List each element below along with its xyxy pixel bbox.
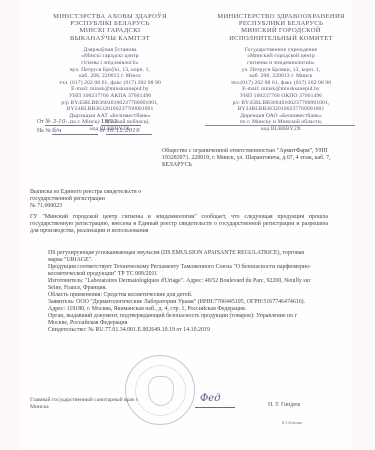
- intro-paragraph: ГУ "Минский городской центр гигиены и эп…: [30, 214, 328, 235]
- signer-name: Н. Т. Гиндюк: [268, 402, 300, 408]
- institution-details-ru: Государственное учреждение «Минский горо…: [205, 47, 357, 133]
- certificate-number: Свидетельство: № RU.77.01.34.001.E.00264…: [48, 327, 314, 334]
- product-details: DS регулирующая успокаивающая эмульсия (…: [48, 250, 314, 334]
- scope-of-use: Область применения: Средства косметическ…: [48, 292, 314, 299]
- registry-number: № 71.000023: [30, 203, 230, 210]
- compliance-statement: Продукция соответствует Техническому Рег…: [48, 264, 314, 278]
- outgoing-number: № 3-10-...: [45, 119, 93, 126]
- incoming-date: 16.12.2019: [106, 128, 152, 135]
- signature-line: [195, 407, 235, 408]
- outgoing-reference: От № 3-10-... 19/13: [37, 119, 141, 126]
- applicant: Заявитель: ООО "Дерматологические Лабора…: [48, 299, 314, 313]
- manufacturer: Изготовитель: "Laboratoires Dermatologiq…: [48, 278, 314, 292]
- handwritten-signature: Фед: [200, 393, 221, 404]
- signer-position: Главный государственный санитарный врач …: [30, 397, 150, 410]
- addressee-block: Общество с ограниченной ответственностью…: [162, 148, 347, 169]
- letterhead-divider: [205, 125, 355, 126]
- product-name: DS регулирующая успокаивающая эмульсия (…: [48, 250, 314, 264]
- official-seal-icon: [125, 355, 195, 425]
- ministry-name-by: МІНІСТЭРСТВА АХОВЫ ЗДАРОЎЯ РЭСПУБЛІКІ БЕ…: [35, 13, 185, 42]
- incoming-reference: На № б/н от 16.12.2019: [37, 128, 152, 135]
- incoming-number: б/н: [52, 128, 98, 135]
- executor-name: Я.З.Левченко: [282, 421, 302, 425]
- ministry-name-ru: МИНИСТЕРСТВО ЗДРАВООХРАНЕНИЯ РЕСПУБЛИКИ …: [205, 13, 357, 42]
- letterhead-belarusian: МІНІСТЭРСТВА АХОВЫ ЗДАРОЎЯ РЭСПУБЛІКІ БЕ…: [35, 13, 185, 133]
- extract-title: Выписка из Единого реестра свидетельств …: [30, 189, 230, 209]
- outgoing-date: 19/13: [101, 119, 141, 126]
- letterhead-russian: МИНИСТЕРСТВО ЗДРАВООХРАНЕНИЯ РЕСПУБЛИКИ …: [205, 13, 357, 133]
- issuing-authority: Орган, выдавший документ, подтверждающий…: [48, 313, 314, 327]
